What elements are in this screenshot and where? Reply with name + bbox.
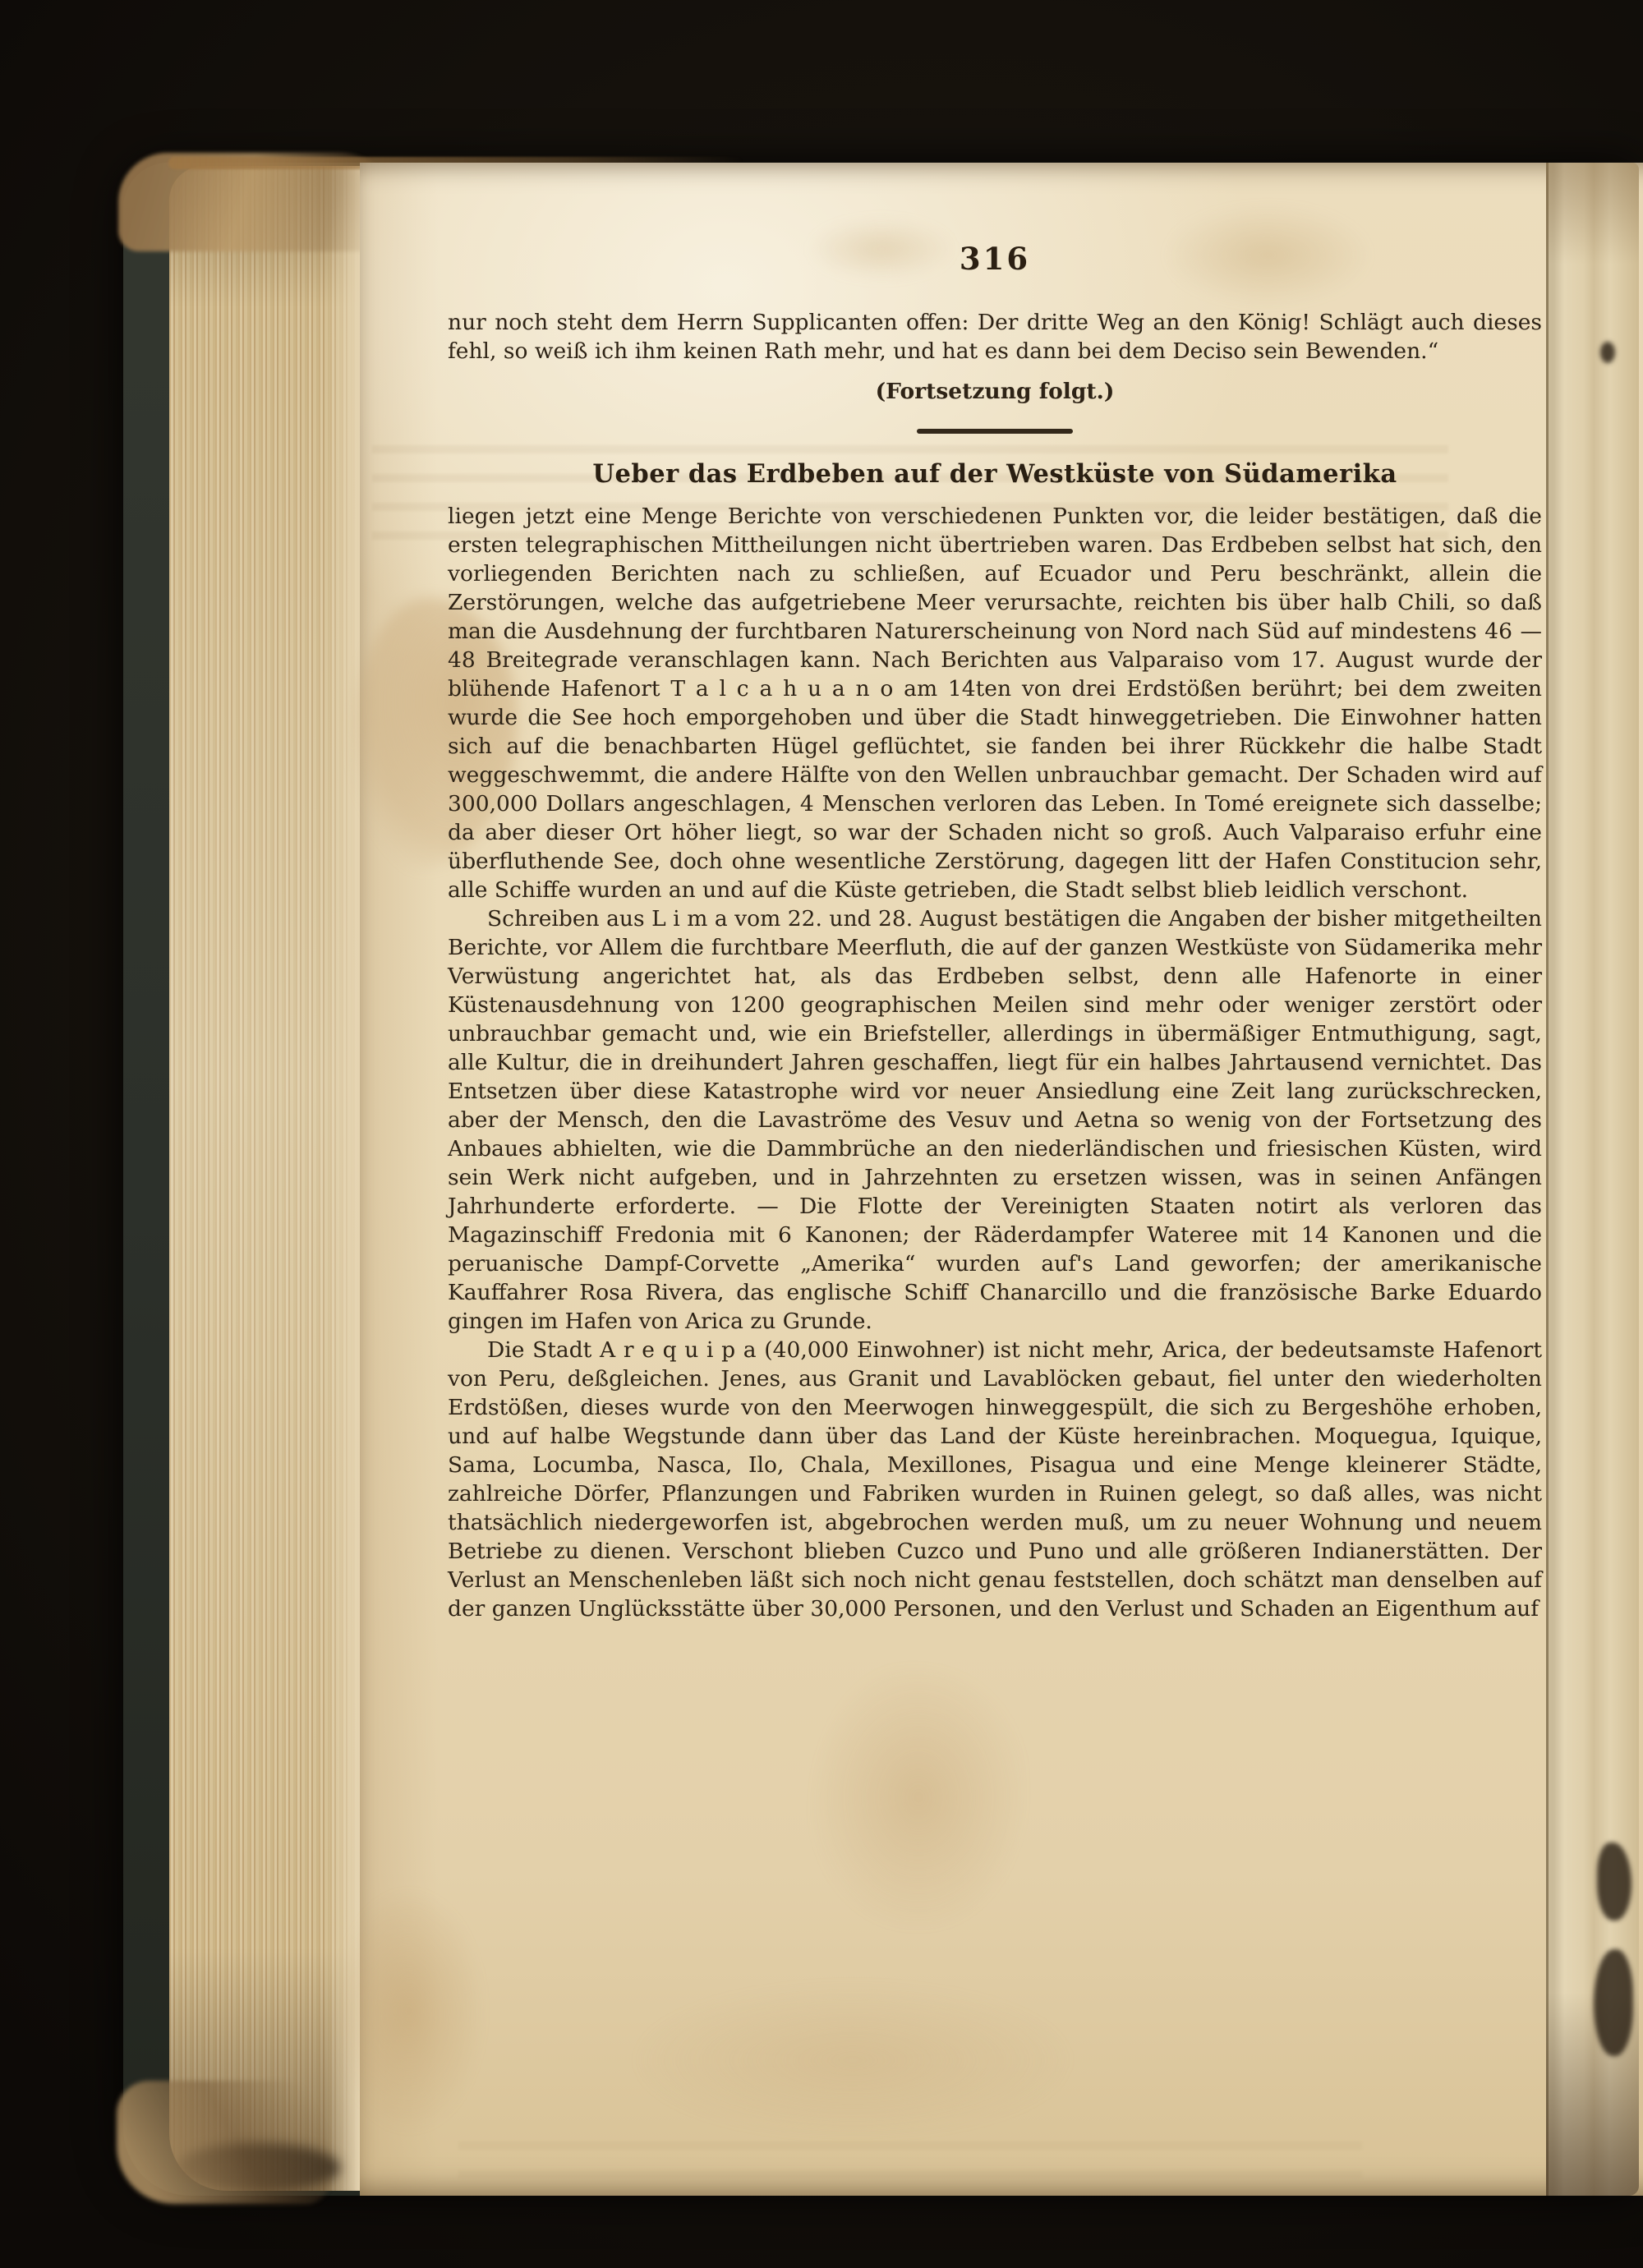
- page-content: 316 nur noch steht dem Herrn Supplicante…: [448, 163, 1542, 1623]
- cover-corner-wear-bottom: [117, 2081, 330, 2204]
- article-title: Ueber das Erdbeben auf der Westküste von…: [448, 460, 1542, 489]
- adjacent-page-edge: [1546, 163, 1639, 2196]
- stain: [639, 1986, 1066, 2134]
- photo-backdrop: 316 nur noch steht dem Herrn Supplicante…: [0, 0, 1643, 2268]
- continuation-note: (Fortsetzung folgt.): [448, 377, 1542, 406]
- page-edge-damage-mark: [1597, 1842, 1631, 1921]
- article-paragraph: liegen jetzt eine Menge Berichte von ver…: [448, 502, 1542, 904]
- article-paragraph: Die Stadt A r e q u i p a (40,000 Einwoh…: [448, 1336, 1542, 1623]
- stain: [816, 1670, 1021, 1925]
- continuation-paragraph: nur noch steht dem Herrn Supplicanten of…: [448, 308, 1542, 366]
- section-divider-rule: [917, 429, 1073, 434]
- stain: [339, 1896, 479, 2126]
- book: 316 nur noch steht dem Herrn Supplicante…: [123, 163, 1639, 2196]
- book-page: 316 nur noch steht dem Herrn Supplicante…: [360, 163, 1643, 2196]
- page-edges-fore-edge: [169, 166, 363, 2191]
- page-edge-damage-mark: [1594, 1949, 1633, 2056]
- page-number: 316: [448, 245, 1542, 274]
- show-through-text: [458, 2134, 1362, 2183]
- article-paragraph: Schreiben aus L i m a vom 22. und 28. Au…: [448, 904, 1542, 1336]
- fore-edge-fade: [325, 166, 363, 2191]
- page-edge-damage-mark: [1600, 342, 1615, 363]
